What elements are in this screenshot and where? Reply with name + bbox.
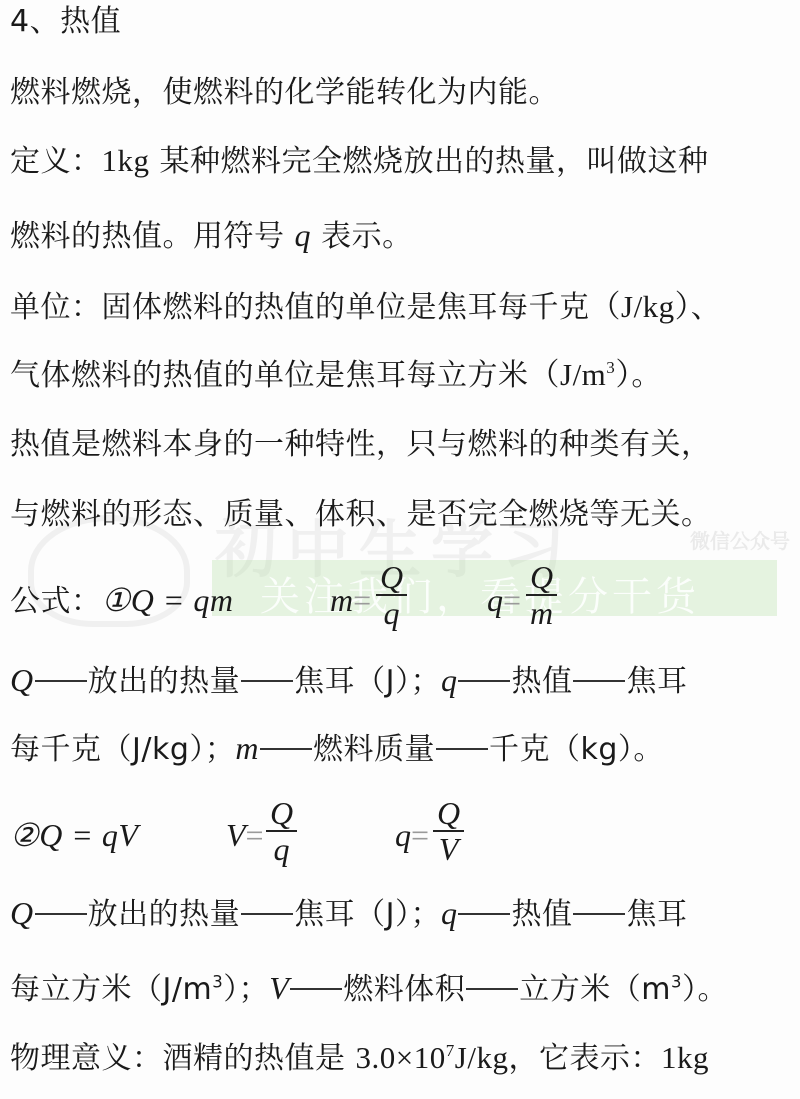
unit-jm3: （J/m3）: [529, 357, 632, 392]
definition-label: 定义：: [10, 144, 102, 179]
fraction-q-over-q-2: Qq: [266, 796, 297, 866]
unit-text: 单位：固体燃料的热值的单位是焦耳每千克: [10, 290, 590, 325]
legend-2-line-1: Q放出的热量焦耳（J）；q热值焦耳: [10, 893, 687, 935]
unit-line-2: 气体燃料的热值的单位是焦耳每立方米（J/m3）。: [10, 355, 662, 396]
em-dash: [573, 680, 625, 682]
formula-1-alt-1: m=: [330, 582, 371, 619]
physical-meaning-line: 物理意义：酒精的热值是 3.0×107J/kg，它表示：1kg: [10, 1038, 709, 1079]
property-line-2: 与燃料的形态、质量、体积、是否完全燃烧等无关。: [10, 495, 712, 535]
definition-text: 燃料的热值。用符号: [10, 219, 295, 254]
unit-text: 、: [691, 290, 722, 325]
definition-text: 表示。: [311, 219, 413, 254]
property-line-1: 热值是燃料本身的一种特性，只与燃料的种类有关，: [10, 425, 712, 465]
intro-text: 燃料燃烧，使燃料的化学能转化为内能。: [10, 73, 559, 113]
section-heading: 4、热值: [10, 2, 121, 42]
unit-line-1: 单位：固体燃料的热值的单位是焦耳每千克（J/kg）、: [10, 287, 721, 328]
em-dash: [466, 988, 518, 990]
formula-2-alt-2: q=: [395, 817, 429, 854]
em-dash: [260, 748, 312, 750]
formula-label: 公式：: [10, 584, 102, 619]
unit-text: 气体燃料的热值的单位是焦耳每立方米: [10, 358, 529, 393]
fraction-q-over-v: QV: [433, 796, 464, 866]
em-dash: [436, 748, 488, 750]
formula-1-main: ①Q = qm: [102, 582, 234, 618]
symbol-q: q: [295, 217, 312, 253]
em-dash: [35, 680, 87, 682]
legend-1-line-1: Q放出的热量焦耳（J）；q热值焦耳: [10, 660, 687, 702]
definition-text: 某种燃料完全燃烧放出的热量，叫做这种: [150, 144, 709, 179]
formula-1-alt-2: q=: [487, 582, 521, 619]
em-dash: [458, 913, 510, 915]
definition-line-1: 定义：1kg 某种燃料完全燃烧放出的热量，叫做这种: [10, 141, 709, 182]
definition-line-2: 燃料的热值。用符号 q 表示。: [10, 215, 413, 257]
em-dash: [290, 988, 342, 990]
fraction-q-over-m: Qm: [526, 560, 557, 630]
unit-jkg: （J/kg）: [590, 289, 691, 324]
legend-2-line-2: 每立方米（J/m3）；V燃料体积立方米（m3）。: [10, 968, 728, 1010]
em-dash: [573, 913, 625, 915]
em-dash: [35, 913, 87, 915]
em-dash: [241, 913, 293, 915]
formula-2-main: ②Q = qV: [10, 817, 138, 853]
watermark-banner-text: 关注我们，看提分干货: [260, 565, 700, 622]
mass-value: 1kg: [102, 143, 150, 178]
em-dash: [241, 680, 293, 682]
legend-1-line-2: 每千克（J/kg）；m燃料质量千克（kg）。: [10, 728, 664, 770]
fraction-q-over-q: Qq: [376, 560, 407, 630]
unit-text: 。: [631, 358, 662, 393]
formula-1-line: 公式：①Q = qm: [10, 580, 234, 622]
formula-2-line: ②Q = qV: [10, 815, 138, 857]
formula-2-alt-1: V=: [226, 817, 264, 854]
em-dash: [458, 680, 510, 682]
alcohol-heat-value: 3.0×107J/kg: [356, 1040, 509, 1075]
